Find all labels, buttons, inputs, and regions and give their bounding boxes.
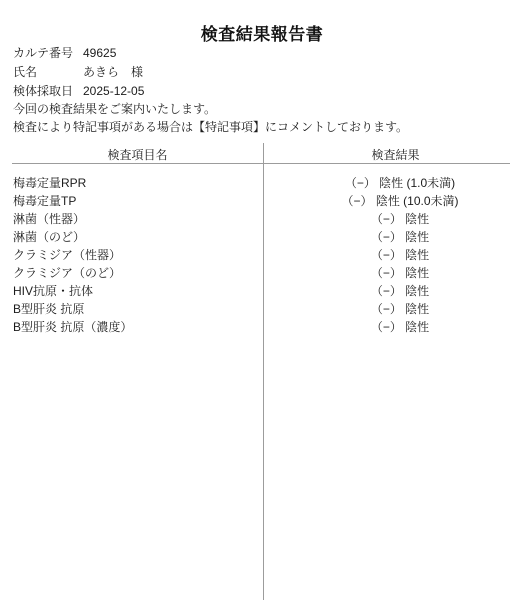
- meta-row-chart-number: カルテ番号 49625: [13, 44, 144, 63]
- meta-value: 2025-12-05: [83, 82, 144, 101]
- test-item-name: 淋菌（のど）: [0, 228, 263, 246]
- table-row: B型肝炎 抗原（濃度） （−） 陰性: [0, 318, 510, 336]
- table-header-result: 検査結果: [263, 146, 510, 163]
- test-result: （−） 陰性: [263, 264, 510, 282]
- table-header-divider: [12, 163, 510, 164]
- result-table-body: 梅毒定量RPR （−） 陰性 (1.0未満) 梅毒定量TP （−） 陰性 (10…: [0, 174, 510, 336]
- table-row: B型肝炎 抗原 （−） 陰性: [0, 300, 510, 318]
- test-item-name: 梅毒定量TP: [0, 192, 263, 210]
- test-result: （−） 陰性: [263, 300, 510, 318]
- test-result: （−） 陰性: [263, 318, 510, 336]
- patient-meta: カルテ番号 49625 氏名 あきら 様 検体採取日 2025-12-05: [13, 44, 144, 101]
- table-row: クラミジア（のど） （−） 陰性: [0, 264, 510, 282]
- test-result: （−） 陰性: [263, 282, 510, 300]
- meta-label: 検体採取日: [13, 82, 83, 101]
- table-header-item-name: 検査項目名: [0, 146, 263, 163]
- report-title: 検査結果報告書: [0, 20, 510, 45]
- meta-value: あきら 様: [83, 63, 143, 82]
- intro-text: 今回の検査結果をご案内いたします。 検査により特記事項がある場合は【特記事項】に…: [13, 101, 408, 136]
- table-row: 梅毒定量TP （−） 陰性 (10.0未満): [0, 192, 510, 210]
- test-item-name: クラミジア（性器）: [0, 246, 263, 264]
- table-row: 淋菌（のど） （−） 陰性: [0, 228, 510, 246]
- table-row: 淋菌（性器） （−） 陰性: [0, 210, 510, 228]
- table-row: クラミジア（性器） （−） 陰性: [0, 246, 510, 264]
- meta-label: 氏名: [13, 63, 83, 82]
- test-result: （−） 陰性 (10.0未満): [263, 192, 510, 210]
- table-row: 梅毒定量RPR （−） 陰性 (1.0未満): [0, 174, 510, 192]
- test-item-name: HIV抗原・抗体: [0, 282, 263, 300]
- test-result: （−） 陰性: [263, 228, 510, 246]
- meta-row-patient-name: 氏名 あきら 様: [13, 63, 144, 82]
- table-header: 検査項目名 検査結果: [0, 146, 510, 163]
- test-item-name: 梅毒定量RPR: [0, 174, 263, 192]
- test-item-name: クラミジア（のど）: [0, 264, 263, 282]
- table-row: HIV抗原・抗体 （−） 陰性: [0, 282, 510, 300]
- test-item-name: 淋菌（性器）: [0, 210, 263, 228]
- meta-value: 49625: [83, 44, 116, 63]
- report-page: 検査結果報告書 カルテ番号 49625 氏名 あきら 様 検体採取日 2025-…: [0, 0, 510, 600]
- intro-line: 検査により特記事項がある場合は【特記事項】にコメントしております。: [13, 119, 408, 137]
- meta-row-collection-date: 検体採取日 2025-12-05: [13, 82, 144, 101]
- test-result: （−） 陰性: [263, 246, 510, 264]
- test-result: （−） 陰性: [263, 210, 510, 228]
- test-item-name: B型肝炎 抗原（濃度）: [0, 318, 263, 336]
- meta-label: カルテ番号: [13, 44, 83, 63]
- test-result: （−） 陰性 (1.0未満): [263, 174, 510, 192]
- test-item-name: B型肝炎 抗原: [0, 300, 263, 318]
- intro-line: 今回の検査結果をご案内いたします。: [13, 101, 408, 119]
